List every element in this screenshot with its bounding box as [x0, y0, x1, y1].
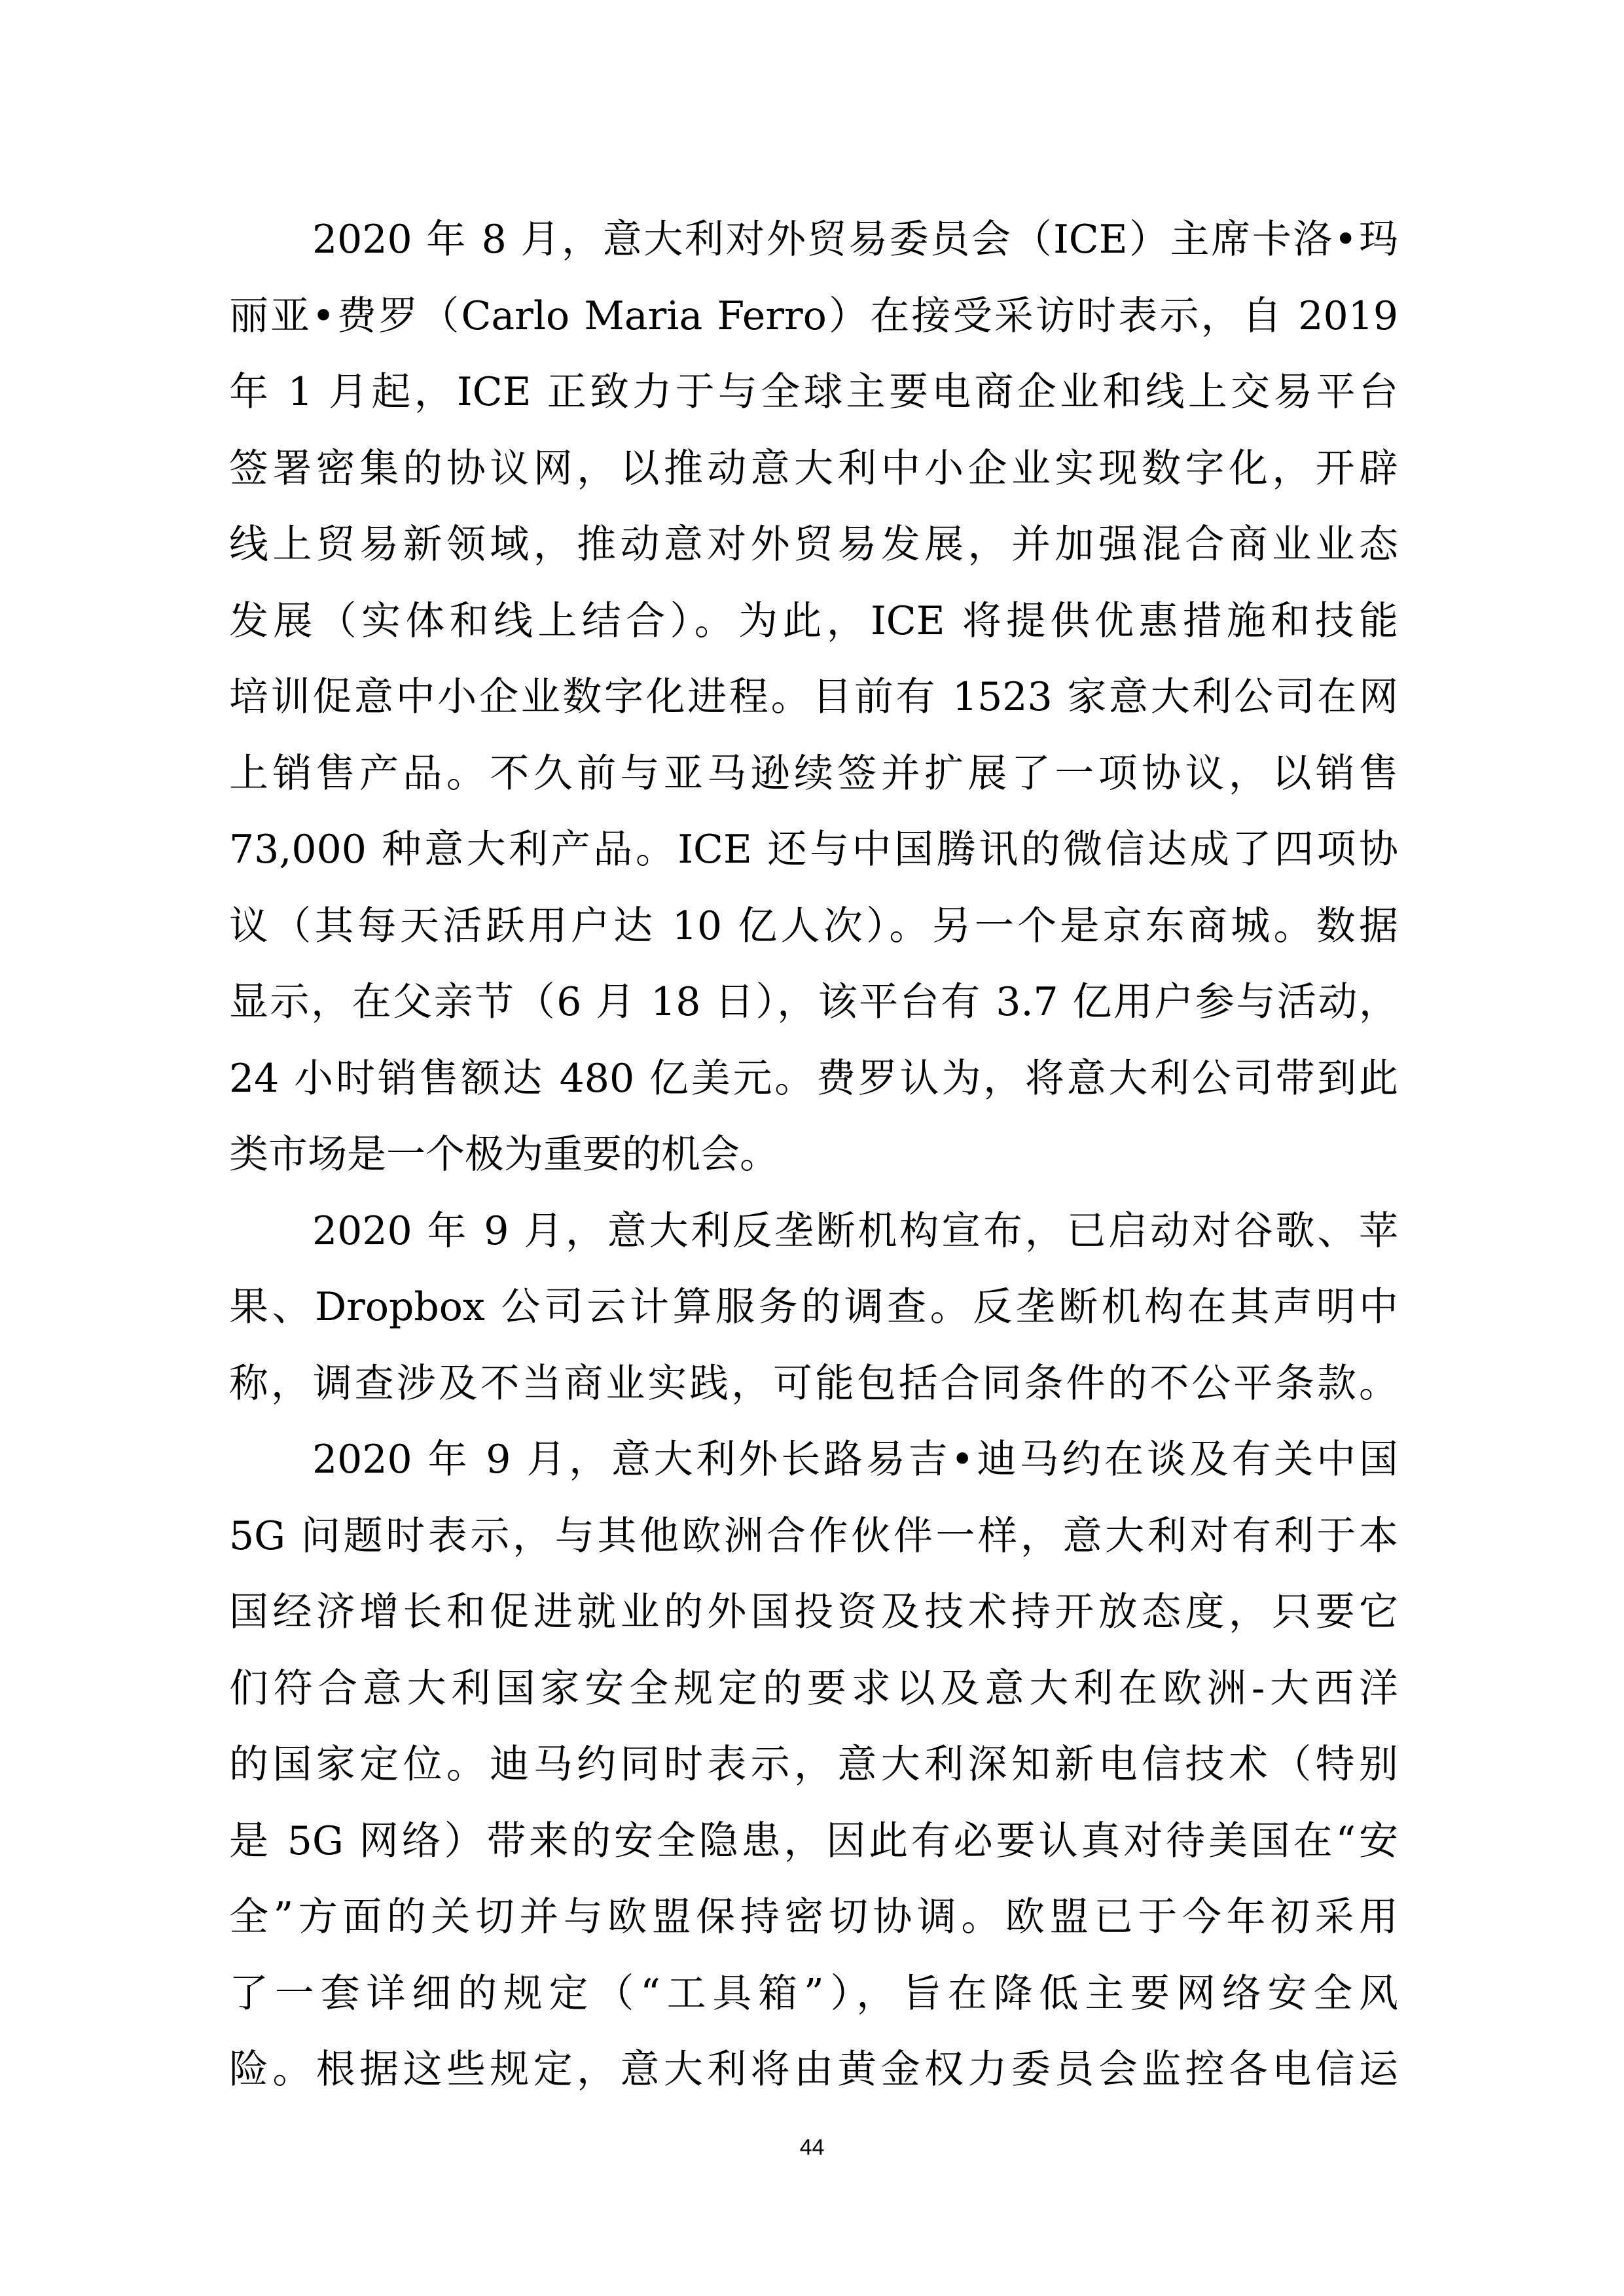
text-line: 年 1 月起，ICE 正致力于与全球主要电商企业和线上交易平台: [229, 354, 1398, 431]
text-line: 类市场是一个极为重要的机会。: [229, 1117, 1398, 1193]
text-line: 2020 年 9 月，意大利外长路易吉•迪马约在谈及有关中国: [229, 1422, 1398, 1498]
paragraph-5g-statement: 2020 年 9 月，意大利外长路易吉•迪马约在谈及有关中国 5G 问题时表示，…: [229, 1422, 1398, 2108]
document-page: 2020 年 8 月，意大利对外贸易委员会（ICE）主席卡洛•玛 丽亚•费罗（C…: [0, 0, 1624, 2296]
body-text: 2020 年 8 月，意大利对外贸易委员会（ICE）主席卡洛•玛 丽亚•费罗（C…: [229, 202, 1398, 2108]
text-line: 5G 问题时表示，与其他欧洲合作伙伴一样，意大利对有利于本: [229, 1498, 1398, 1575]
text-line: 发展（实体和线上结合）。为此，ICE 将提供优惠措施和技能: [229, 583, 1398, 660]
text-line: 线上贸易新领域，推动意对外贸易发展，并加强混合商业业态: [229, 507, 1398, 583]
text-line: 险。根据这些规定，意大利将由黄金权力委员会监控各电信运: [229, 2032, 1398, 2108]
text-line: 果、Dropbox 公司云计算服务的调查。反垄断机构在其声明中: [229, 1269, 1398, 1346]
page-number: 44: [0, 2135, 1624, 2161]
text-line: 2020 年 8 月，意大利对外贸易委员会（ICE）主席卡洛•玛: [229, 202, 1398, 278]
text-line: 称，调查涉及不当商业实践，可能包括合同条件的不公平条款。: [229, 1346, 1398, 1422]
text-line: 73,000 种意大利产品。ICE 还与中国腾讯的微信达成了四项协: [229, 812, 1398, 888]
paragraph-ice-ecommerce: 2020 年 8 月，意大利对外贸易委员会（ICE）主席卡洛•玛 丽亚•费罗（C…: [229, 202, 1398, 1193]
text-line: 丽亚•费罗（Carlo Maria Ferro）在接受采访时表示，自 2019: [229, 278, 1398, 355]
text-line: 了一套详细的规定（“工具箱”），旨在降低主要网络安全风: [229, 1956, 1398, 2032]
text-line: 2020 年 9 月，意大利反垄断机构宣布，已启动对谷歌、苹: [229, 1193, 1398, 1270]
text-line: 国经济增长和促进就业的外国投资及技术持开放态度，只要它: [229, 1574, 1398, 1651]
text-line: 是 5G 网络）带来的安全隐患，因此有必要认真对待美国在“安: [229, 1803, 1398, 1880]
text-line: 签署密集的协议网，以推动意大利中小企业实现数字化，开辟: [229, 431, 1398, 507]
text-line: 24 小时销售额达 480 亿美元。费罗认为，将意大利公司带到此: [229, 1041, 1398, 1117]
text-line: 们符合意大利国家安全规定的要求以及意大利在欧洲-大西洋: [229, 1651, 1398, 1727]
text-line: 的国家定位。迪马约同时表示，意大利深知新电信技术（特别: [229, 1727, 1398, 1803]
text-line: 培训促意中小企业数字化进程。目前有 1523 家意大利公司在网: [229, 659, 1398, 736]
paragraph-antitrust: 2020 年 9 月，意大利反垄断机构宣布，已启动对谷歌、苹 果、Dropbox…: [229, 1193, 1398, 1422]
text-line: 上销售产品。不久前与亚马逊续签并扩展了一项协议，以销售: [229, 736, 1398, 812]
text-line: 显示，在父亲节（6 月 18 日），该平台有 3.7 亿用户参与活动，: [229, 964, 1398, 1041]
text-line: 议（其每天活跃用户达 10 亿人次）。另一个是京东商城。数据: [229, 888, 1398, 965]
text-line: 全”方面的关切并与欧盟保持密切协调。欧盟已于今年初采用: [229, 1879, 1398, 1956]
